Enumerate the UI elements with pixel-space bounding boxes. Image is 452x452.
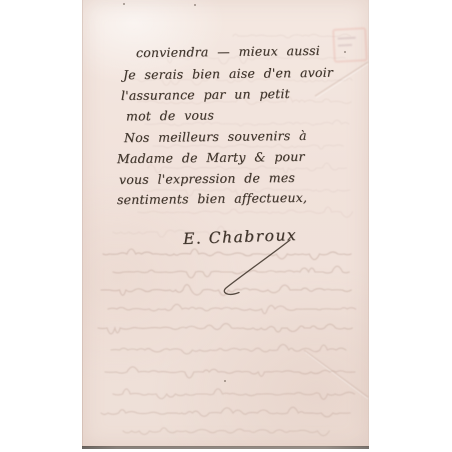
paper-crease <box>315 62 368 96</box>
stamp-bleedthrough-mark <box>338 44 352 47</box>
paper-bottom-edge-shadow <box>82 446 369 449</box>
paper-crease <box>304 350 368 397</box>
paper-crease-highlight <box>305 352 368 399</box>
signature-flourish-stroke <box>224 240 290 294</box>
paper-creases <box>304 62 368 399</box>
ink-speck <box>123 3 125 5</box>
stamp-bleedthrough <box>332 27 368 63</box>
ink-speck <box>344 51 346 53</box>
photo-background: conviendra — mieux aussiJe serais bien a… <box>0 0 452 452</box>
stamp-bleedthrough-mark <box>338 37 356 40</box>
ink-speck <box>224 380 226 382</box>
letter-page: conviendra — mieux aussiJe serais bien a… <box>82 0 369 447</box>
paper-crease-highlight <box>316 64 368 98</box>
ink-speck <box>194 4 196 6</box>
